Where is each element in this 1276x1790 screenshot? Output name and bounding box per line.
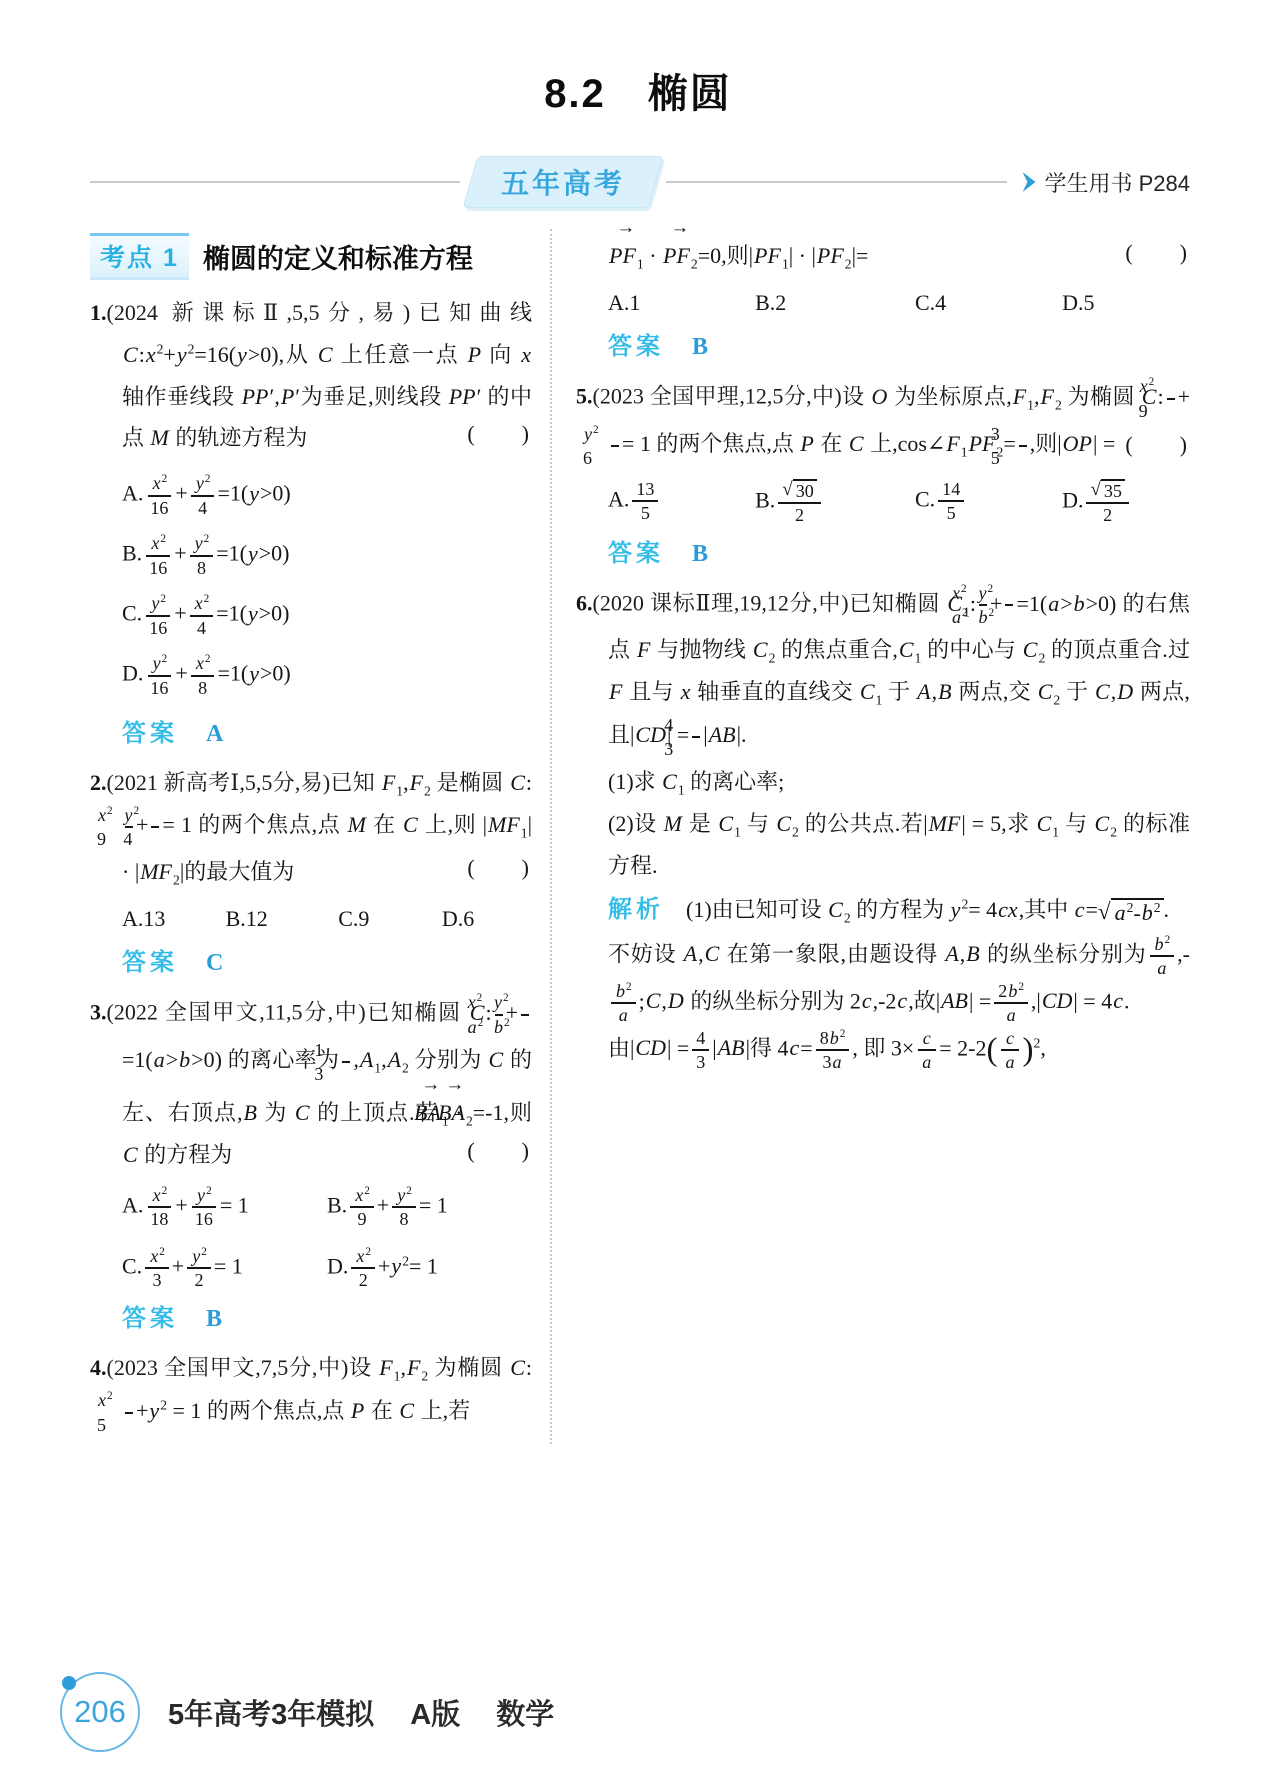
option-c: C.145 (915, 478, 1062, 527)
answer-label: 答案 (122, 1298, 178, 1333)
options-list: A.1 B.2 C.4 D.5 (608, 285, 1190, 320)
option-a: A.x216+y24=1(y>0) (122, 472, 532, 519)
answer-label: 答案 (608, 326, 664, 361)
problem-source: (2024 新课标Ⅱ,5,5分,易) (107, 300, 411, 325)
answer-row: 答案 B (122, 1298, 532, 1333)
answer-label: 答案 (122, 942, 178, 977)
analysis-paragraph-2: 不妨设 A,C 在第一象限,由题设得 A,B 的纵坐标分别为b2a,-b2a;C… (608, 933, 1190, 1027)
banner-line-left (90, 181, 460, 183)
problem-4: 4.(2023 全国甲文,7,5分,中)设 F1,F2 为椭圆 C:x25+y2… (90, 1347, 532, 1436)
answer-row: 答案 A (122, 713, 532, 748)
topic-badge: 考点 1 (90, 233, 189, 280)
textbook-page: 8.2 椭圆 五年高考 学生用书 P284 考点 1 椭圆的定义和标准方程 1.… (0, 0, 1276, 1790)
option-b: B.2 (755, 285, 915, 320)
problem-text: 3.(2022 全国甲文,11,5分,中)已知椭圆 C:x2a2+y2b2=1(… (90, 991, 532, 1175)
question-part-2: (2)设 M 是 C1 与 C2 的公共点.若|MF| = 5,求 C1 与 C… (608, 803, 1190, 887)
dot-icon (62, 1676, 76, 1690)
right-column: →PF1 · →PF2=0,则|PF1| · |PF2|=( ) A.1 B.2… (550, 229, 1190, 1444)
banner-badge: 五年高考 (470, 156, 656, 208)
arrow-icon (1023, 172, 1036, 192)
option-b: B.12 (226, 901, 339, 936)
option-c: C.4 (915, 285, 1062, 320)
problem-number: 5. (576, 384, 593, 409)
choice-paren: ( ) (467, 1130, 530, 1172)
problem-text: 6.(2020 课标Ⅱ理,19,12分,中)已知椭圆 C1:x2a2+y2b2=… (576, 582, 1190, 761)
analysis-text: (1)由已知可设 C2 的方程为 y2= 4cx,其中 c=√a2-b2. (686, 897, 1169, 922)
options-list: A.x218+y216= 1 B.x29+y28= 1 C.x23+y22= 1… (122, 1184, 532, 1292)
problem-number: 3. (90, 1000, 107, 1025)
answer-value: B (692, 541, 708, 568)
topic-heading: 椭圆的定义和标准方程 (203, 237, 473, 276)
book-title: 5年高考3年模拟 A版 数学 (168, 1692, 554, 1733)
choice-paren: ( ) (467, 413, 530, 455)
book-subject: 数学 (496, 1692, 554, 1733)
section-banner: 五年高考 学生用书 P284 (90, 159, 1190, 205)
two-column-layout: 考点 1 椭圆的定义和标准方程 1.(2024 新课标Ⅱ,5,5分,易)已知曲线… (90, 229, 1190, 1444)
problem-number: 4. (90, 1355, 107, 1380)
answer-value: A (206, 721, 223, 748)
problem-number: 1. (90, 300, 107, 325)
problem-source: (2020 课标Ⅱ理,19,12分,中) (593, 591, 849, 616)
problem-statement: →PF1 · →PF2=0,则|PF1| · |PF2|= (608, 243, 868, 268)
answer-row: 答案 B (608, 533, 1190, 568)
student-book-ref: 学生用书 P284 (1023, 167, 1191, 198)
analysis-label: 解析 (608, 896, 664, 923)
option-b: B.x29+y28= 1 (327, 1184, 532, 1231)
problem-number: 2. (90, 770, 107, 795)
problem-source: (2022 全国甲文,11,5分,中) (107, 1000, 366, 1025)
problem-number: 6. (576, 591, 593, 616)
problem-source: (2021 新高考Ⅰ,5,5分,易) (107, 770, 331, 795)
page-title: 8.2 椭圆 (0, 0, 1276, 119)
answer-label: 答案 (122, 713, 178, 748)
option-a: A.135 (608, 478, 755, 527)
page-number-badge: 206 (60, 1672, 140, 1752)
problem-5: 5.(2023 全国甲理,12,5分,中)设 O 为坐标原点,F1,F2 为椭圆… (576, 375, 1190, 567)
option-b: B.x216+y28=1(y>0) (122, 532, 532, 579)
analysis-paragraph-3: 由|CD| =43|AB|得 4c=8b23a, 即 3×ca= 2-2(ca)… (608, 1027, 1190, 1074)
book-edition: A版 (410, 1692, 460, 1733)
option-a: A.13 (122, 901, 226, 936)
problem-2: 2.(2021 新高考Ⅰ,5,5分,易)已知 F1,F2 是椭圆 C:x29+y… (90, 762, 532, 978)
problem-source: (2023 全国甲文,7,5分,中) (107, 1355, 349, 1380)
banner-line-right (666, 181, 1006, 183)
options-list: A.135 B.√302 C.145 D.√352 (608, 478, 1190, 527)
option-c: C.9 (338, 901, 442, 936)
problem-3: 3.(2022 全国甲文,11,5分,中)已知椭圆 C:x2a2+y2b2=1(… (90, 991, 532, 1332)
option-c: C.x23+y22= 1 (122, 1245, 327, 1292)
option-c: C.y216+x24=1(y>0) (122, 592, 532, 639)
answer-value: B (206, 1306, 222, 1333)
answer-label: 答案 (608, 533, 664, 568)
problem-text: 1.(2024 新课标Ⅱ,5,5分,易)已知曲线 C:x2+y2=16(y>0)… (90, 292, 532, 459)
option-b: B.√302 (755, 478, 915, 527)
answer-value: B (692, 334, 708, 361)
choice-paren: ( ) (1125, 232, 1188, 274)
problem-text: 5.(2023 全国甲理,12,5分,中)设 O 为坐标原点,F1,F2 为椭圆… (576, 375, 1190, 469)
problem-1: 1.(2024 新课标Ⅱ,5,5分,易)已知曲线 C:x2+y2=16(y>0)… (90, 292, 532, 748)
problem-text: 2.(2021 新高考Ⅰ,5,5分,易)已知 F1,F2 是椭圆 C:x29+y… (90, 762, 532, 894)
page-number: 206 (74, 1694, 126, 1730)
options-list: A.13 B.12 C.9 D.6 (122, 901, 532, 936)
option-d: D.x22+y2= 1 (327, 1245, 532, 1292)
question-part-1: (1)求 C1 的离心率; (608, 761, 1190, 803)
option-d: D.5 (1062, 285, 1190, 320)
student-book-ref-text: 学生用书 P284 (1045, 167, 1191, 198)
option-a: A.x218+y216= 1 (122, 1184, 327, 1231)
option-d: D.y216+x28=1(y>0) (122, 652, 532, 699)
option-d: D.6 (442, 901, 532, 936)
answer-row: 答案 C (122, 942, 532, 977)
problem-4-continued: →PF1 · →PF2=0,则|PF1| · |PF2|=( ) A.1 B.2… (576, 229, 1190, 361)
problem-text: →PF1 · →PF2=0,则|PF1| · |PF2|=( ) (608, 229, 1190, 277)
problem-6: 6.(2020 课标Ⅱ理,19,12分,中)已知椭圆 C1:x2a2+y2b2=… (576, 582, 1190, 1074)
banner-badge-label: 五年高考 (501, 162, 625, 202)
options-list: A.x216+y24=1(y>0) B.x216+y28=1(y>0) C.y2… (122, 472, 532, 699)
analysis-paragraph-1: 解析(1)由已知可设 C2 的方程为 y2= 4cx,其中 c=√a2-b2. (608, 887, 1190, 933)
left-column: 考点 1 椭圆的定义和标准方程 1.(2024 新课标Ⅱ,5,5分,易)已知曲线… (90, 229, 550, 1444)
option-d: D.√352 (1062, 478, 1190, 527)
answer-row: 答案 B (608, 326, 1190, 361)
topic-header: 考点 1 椭圆的定义和标准方程 (90, 233, 532, 280)
problem-text: 4.(2023 全国甲文,7,5分,中)设 F1,F2 为椭圆 C:x25+y2… (90, 1347, 532, 1436)
choice-paren: ( ) (467, 847, 530, 889)
option-a: A.1 (608, 285, 755, 320)
problem-source: (2023 全国甲理,12,5分,中) (593, 384, 842, 409)
answer-value: C (206, 950, 223, 977)
book-series: 5年高考3年模拟 (168, 1692, 374, 1733)
choice-paren: ( ) (1125, 424, 1188, 466)
page-footer: 206 5年高考3年模拟 A版 数学 (60, 1672, 554, 1752)
